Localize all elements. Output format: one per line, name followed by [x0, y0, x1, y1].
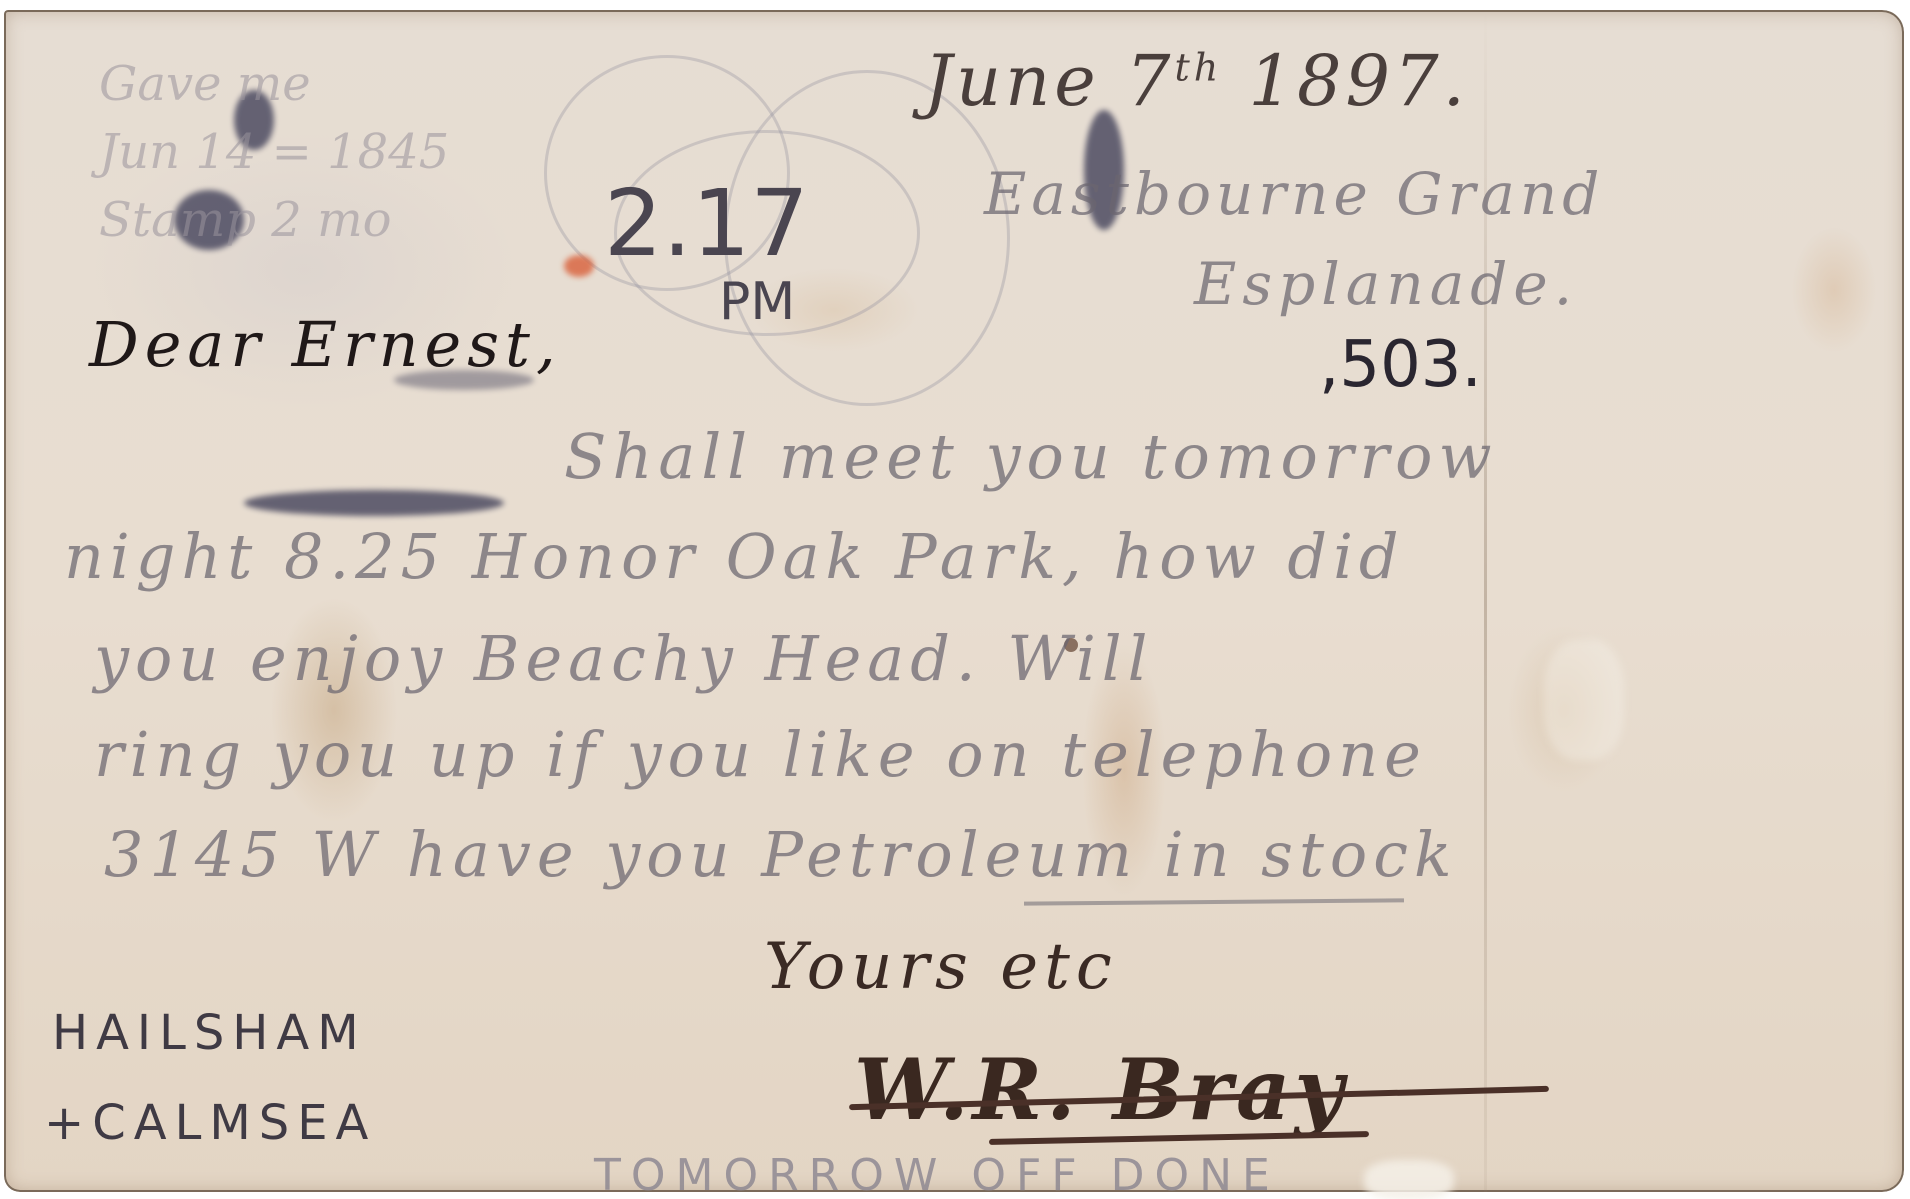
body-line: Shall meet you tomorrow	[564, 420, 1498, 493]
postmark-meridiem: PM	[719, 272, 795, 332]
postmark-time: 2.17	[604, 170, 809, 277]
date-text: June 7	[924, 40, 1174, 122]
address-number: ,503.	[1319, 328, 1482, 402]
margin-note-line-2: +CALMSEA	[44, 1095, 376, 1151]
greeting: Dear Ernest,	[89, 308, 562, 381]
signature: W.R. Bray	[854, 1040, 1347, 1139]
date-year: 1897.	[1248, 40, 1468, 122]
ink-blot	[244, 490, 504, 516]
body-line: you enjoy Beachy Head. Will	[94, 622, 1153, 695]
margin-note-line-1: HAILSHAM	[52, 1005, 367, 1061]
word-underline	[1024, 898, 1404, 905]
red-mark	[564, 255, 594, 277]
faint-pencil-notes: Gave me Jun 14 = 1845 Stamp 2 mo	[99, 50, 449, 254]
address-line-1: Eastbourne Grand	[984, 160, 1604, 228]
date-suffix: th	[1174, 46, 1222, 90]
body-line: 3145 W have you Petroleum in stock	[104, 818, 1458, 891]
closing: Yours etc	[764, 930, 1118, 1004]
bottom-stamp-text: TOMORROW OFF DONE	[594, 1150, 1280, 1199]
address-line-2: Esplanade.	[1194, 250, 1578, 318]
body-line: ring you up if you like on telephone	[94, 718, 1427, 791]
postcard: Gave me Jun 14 = 1845 Stamp 2 mo June 7t…	[4, 10, 1904, 1192]
paper-wear	[1364, 1160, 1454, 1199]
date: June 7th 1897.	[924, 40, 1469, 122]
body-line: night 8.25 Honor Oak Park, how did	[64, 520, 1405, 593]
paper-wear	[1544, 640, 1624, 760]
